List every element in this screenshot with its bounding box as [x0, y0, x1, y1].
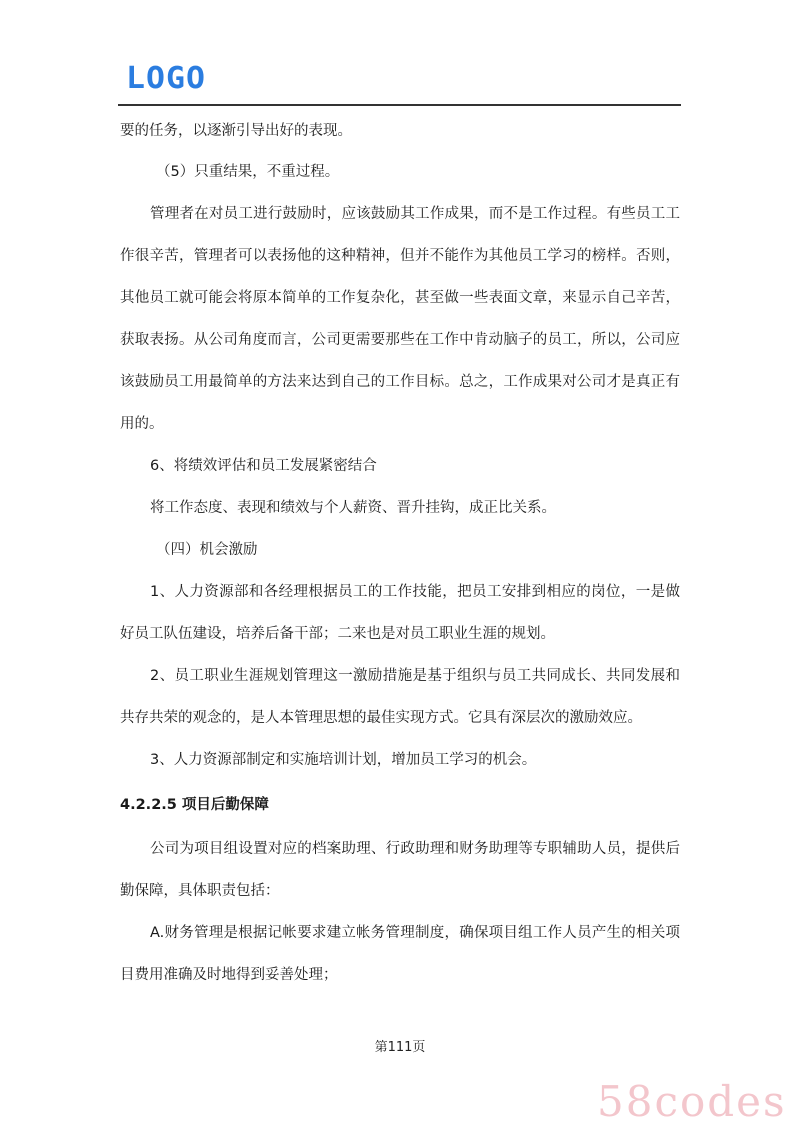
header-divider [118, 104, 681, 106]
paragraph-line: 3、人力资源部制定和实施培训计划，增加员工学习的机会。 [120, 750, 680, 770]
paragraph-line: 将工作态度、表现和绩效与个人薪资、晋升挂钩，成正比关系。 [120, 498, 680, 518]
section-heading: 4.2.2.5 项目后勤保障 [120, 795, 680, 815]
paragraph-line: 2、员工职业生涯规划管理这一激励措施是基于组织与员工共同成长、共同发展和 [120, 666, 680, 686]
paragraph-line: 1、人力资源部和各经理根据员工的工作技能，把员工安排到相应的岗位，一是做 [120, 582, 680, 602]
paragraph-line: 好员工队伍建设，培养后备干部；二来也是对员工职业生涯的规划。 [120, 624, 680, 644]
paragraph-line: 要的任务，以逐渐引导出好的表现。 [120, 121, 680, 141]
paragraph-line: A.财务管理是根据记帐要求建立帐务管理制度，确保项目组工作人员产生的相关项 [120, 923, 680, 943]
subsection-heading: （四）机会激励 [120, 540, 716, 560]
paragraph-line: 管理者在对员工进行鼓励时，应该鼓励其工作成果，而不是工作过程。有些员工工 [120, 204, 680, 224]
paragraph-line: 目费用准确及时地得到妥善处理； [120, 965, 680, 985]
paragraph-line: 勤保障，具体职责包括： [120, 881, 680, 901]
list-item-heading: 6、将绩效评估和员工发展紧密结合 [120, 456, 680, 476]
paragraph-line: 其他员工就可能会将原本简单的工作复杂化，甚至做一些表面文章，来显示自己辛苦， [120, 288, 680, 308]
logo: LOGO [126, 63, 206, 95]
watermark: 58codes [597, 1078, 787, 1126]
page-number: 第111页 [0, 1036, 800, 1055]
paragraph-line: 共存共荣的观念的，是人本管理思想的最佳实现方式。它具有深层次的激励效应。 [120, 708, 680, 728]
paragraph-line: 作很辛苦，管理者可以表扬他的这种精神，但并不能作为其他员工学习的榜样。否则， [120, 246, 680, 266]
paragraph-line: 用的。 [120, 414, 680, 434]
paragraph-line: 获取表扬。从公司角度而言，公司更需要那些在工作中肯动脑子的员工，所以，公司应 [120, 330, 680, 350]
paragraph-line: 公司为项目组设置对应的档案助理、行政助理和财务助理等专职辅助人员，提供后 [120, 839, 680, 859]
paragraph-line: 该鼓励员工用最简单的方法来达到自己的工作目标。总之，工作成果对公司才是真正有 [120, 372, 680, 392]
subsection-heading: （5）只重结果，不重过程。 [120, 162, 716, 182]
